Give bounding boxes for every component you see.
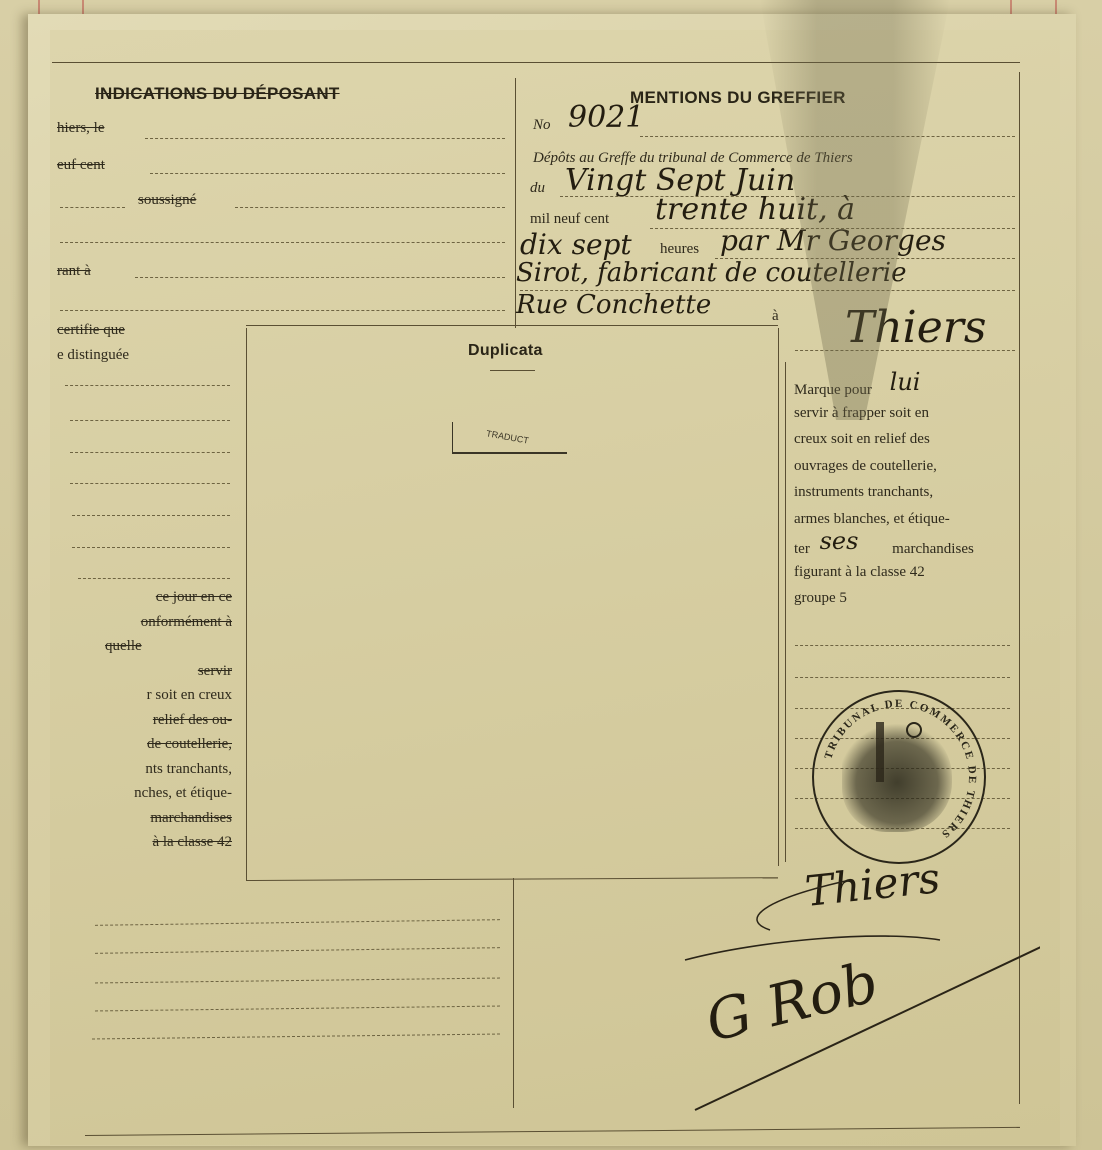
fill-line — [795, 677, 1010, 678]
number-label: No — [533, 117, 551, 134]
left-header: INDICATIONS DU DÉPOSANT — [95, 84, 340, 104]
fill-line — [150, 173, 505, 174]
fill-line — [60, 242, 505, 243]
fill-line — [795, 645, 1010, 646]
fill-line — [70, 420, 230, 421]
tribunal-seal: TRIBUNAL DE COMMERCE DE THIERS — [812, 690, 986, 864]
fill-line — [65, 385, 230, 386]
fill-line — [60, 310, 505, 311]
small-stamp: TRADUCT — [452, 422, 570, 470]
column-divider-bottom — [513, 878, 514, 1108]
fill-line — [70, 452, 230, 453]
left-tail-text: ce jour en ce onformément à quelle servi… — [80, 585, 232, 855]
seal-ring-text: TRIBUNAL DE COMMERCE DE THIERS — [814, 692, 984, 862]
duplicata-box-right — [778, 328, 779, 866]
year-label: mil neuf cent — [530, 211, 609, 228]
registration-number: 9021 — [568, 100, 644, 135]
fill-line — [135, 277, 505, 278]
fill-line — [235, 207, 505, 208]
duplicata-box-top — [246, 325, 778, 326]
fill-line — [72, 515, 230, 516]
duplicata-box-left — [246, 328, 247, 881]
mark-hand-2: ses — [820, 527, 859, 555]
address-handwritten: Rue Conchette — [516, 290, 711, 320]
fill-line — [78, 578, 230, 579]
left-line-7: certifie que — [57, 322, 125, 339]
mark-hand-1: lui — [890, 368, 921, 396]
duplicata-title: Duplicata — [468, 342, 543, 360]
address-at: à — [772, 308, 779, 325]
fill-line — [145, 138, 505, 139]
svg-text:TRIBUNAL DE COMMERCE DE THIERS: TRIBUNAL DE COMMERCE DE THIERS — [822, 698, 978, 841]
hour-handwritten: dix sept — [520, 228, 632, 261]
fill-line — [70, 483, 230, 484]
fill-line — [60, 207, 125, 208]
right-inner-divider — [785, 362, 786, 862]
left-line-1: hiers, le — [57, 120, 104, 137]
left-line-8: e distinguée — [57, 347, 129, 364]
left-line-5: rant à — [57, 263, 91, 280]
hours-label: heures — [660, 241, 699, 258]
left-line-2: euf cent — [57, 157, 105, 174]
left-line-3: soussigné — [138, 192, 196, 209]
fill-line — [72, 547, 230, 548]
du-label: du — [530, 180, 545, 197]
mark-description: Marque pour lui servir à frapper soit en… — [794, 373, 1016, 612]
duplicata-underline — [490, 370, 535, 371]
